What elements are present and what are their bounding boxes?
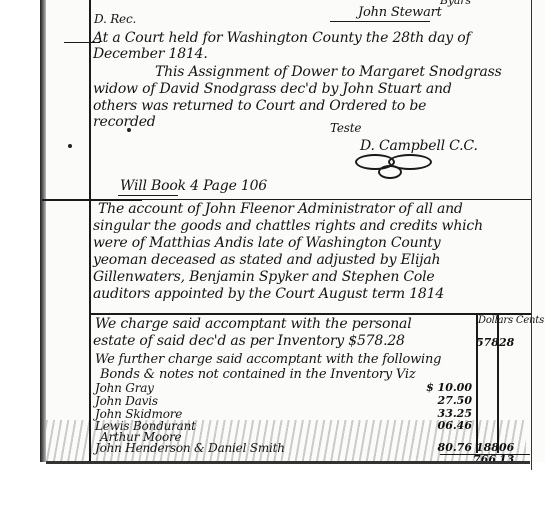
court-line-3: This Assignment of Dower to Margaret Sno… <box>155 64 502 80</box>
ledger-column-header: Dollars Cents <box>478 315 544 326</box>
debtor-amount: $ 10.00 <box>420 381 472 394</box>
account-line-5: Gillenwaters, Benjamin Spyker and Stephe… <box>93 269 435 285</box>
account-line-2: singular the goods and chattles rights a… <box>93 218 483 234</box>
charge-cents: 28 <box>499 336 517 349</box>
margin-rule <box>89 0 91 462</box>
document-page: Byars John Stewart D. Rec. At a Court he… <box>0 0 551 522</box>
further-line-1: We further charge said accomptant with t… <box>95 352 441 367</box>
right-page-edge <box>531 0 532 470</box>
signature-underline <box>330 21 430 22</box>
court-line-1: At a Court held for Washington County th… <box>93 30 470 46</box>
ink-speck <box>127 128 131 132</box>
margin-note: D. Rec. <box>94 12 136 26</box>
top-fragment: Byars <box>440 0 471 7</box>
court-line-6: recorded <box>93 114 156 130</box>
account-line-1: The account of John Fleenor Administrato… <box>98 201 463 217</box>
charge-line-2: estate of said dec'd as per Inventory $5… <box>93 333 405 349</box>
section-rule-1b <box>89 199 531 200</box>
court-line-2: December 1814. <box>93 46 208 62</box>
teste-label: Teste <box>330 121 361 135</box>
court-line-4: widow of David Snodgrass dec'd by John S… <box>93 81 452 97</box>
account-line-4: yeoman deceased as stated and adjusted b… <box>93 252 440 268</box>
clerk-signature: D. Campbell C.C. <box>360 138 478 154</box>
further-line-2: Bonds & notes not contained in the Inven… <box>100 367 416 382</box>
court-line-5: others was returned to Court and Ordered… <box>93 98 426 114</box>
will-book-reference: Will Book 4 Page 106 <box>120 178 267 194</box>
account-line-6: auditors appointed by the Court August t… <box>93 286 444 302</box>
section-rule-2 <box>89 313 531 315</box>
debtor-name: John Gray <box>95 381 154 395</box>
bottom-scan-edge <box>46 461 530 464</box>
signature-flourish-bottom <box>378 165 402 179</box>
top-signature: John Stewart <box>358 5 442 20</box>
account-line-3: were of Matthias Andis late of Washingto… <box>93 235 440 251</box>
ink-speck <box>68 144 72 148</box>
debtor-amount: 27.50 <box>420 394 472 407</box>
scan-noise <box>46 420 526 462</box>
debtor-name: John Davis <box>95 394 158 408</box>
charge-dollars: 578 <box>476 336 496 349</box>
charge-line-1: We charge said accomptant with the perso… <box>95 316 411 332</box>
page-binding-edge <box>40 0 46 462</box>
will-underline <box>118 195 178 196</box>
